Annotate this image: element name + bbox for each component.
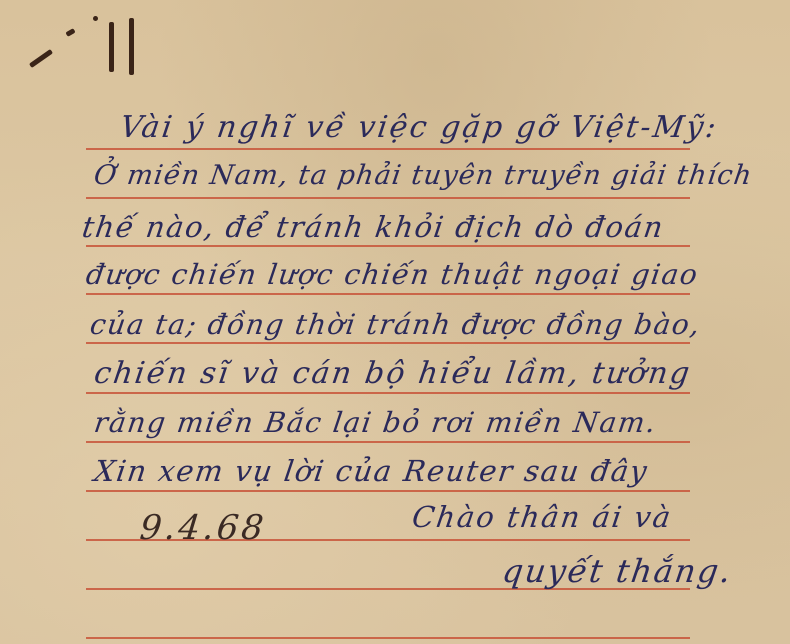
ruled-line	[86, 342, 690, 344]
handwritten-letter-page: Vài ý nghĩ về việc gặp gỡ Việt-Mỹ: Ở miề…	[0, 0, 790, 644]
ruled-line	[86, 197, 690, 199]
ruled-line	[86, 441, 690, 443]
letter-line-5: của ta; đồng thời tránh được đồng bào,	[88, 308, 703, 341]
letter-line-2: Ở miền Nam, ta phải tuyên truyền giải th…	[92, 160, 755, 191]
ruled-line	[86, 293, 690, 295]
ruled-line	[86, 245, 690, 247]
ruled-line	[86, 490, 690, 492]
letter-line-1: Vài ý nghĩ về việc gặp gỡ Việt-Mỹ:	[118, 110, 721, 145]
closing-greeting: Chào thân ái và	[410, 500, 675, 534]
letter-line-8: Xin xem vụ lời của Reuter sau đây	[92, 454, 650, 488]
ink-mark-vertical-2	[129, 18, 134, 75]
ink-mark-vertical-1	[109, 22, 114, 72]
letter-date: 9.4.68	[138, 508, 268, 548]
ink-mark-dot	[93, 16, 98, 21]
ruled-line	[86, 637, 690, 639]
ruled-line	[86, 148, 690, 150]
letter-line-7: rằng miền Bắc lại bỏ rơi miền Nam.	[92, 406, 659, 439]
letter-line-6: chiến sĩ và cán bộ hiểu lầm, tưởng	[92, 356, 694, 391]
letter-line-3: thế nào, để tránh khỏi địch dò đoán	[80, 210, 666, 244]
ink-mark-dot	[65, 28, 75, 37]
ruled-line	[86, 392, 690, 394]
ink-mark-slash	[29, 49, 53, 68]
closing-signoff: quyết thắng.	[500, 552, 735, 590]
letter-line-4: được chiến lược chiến thuật ngoại giao	[84, 258, 701, 291]
